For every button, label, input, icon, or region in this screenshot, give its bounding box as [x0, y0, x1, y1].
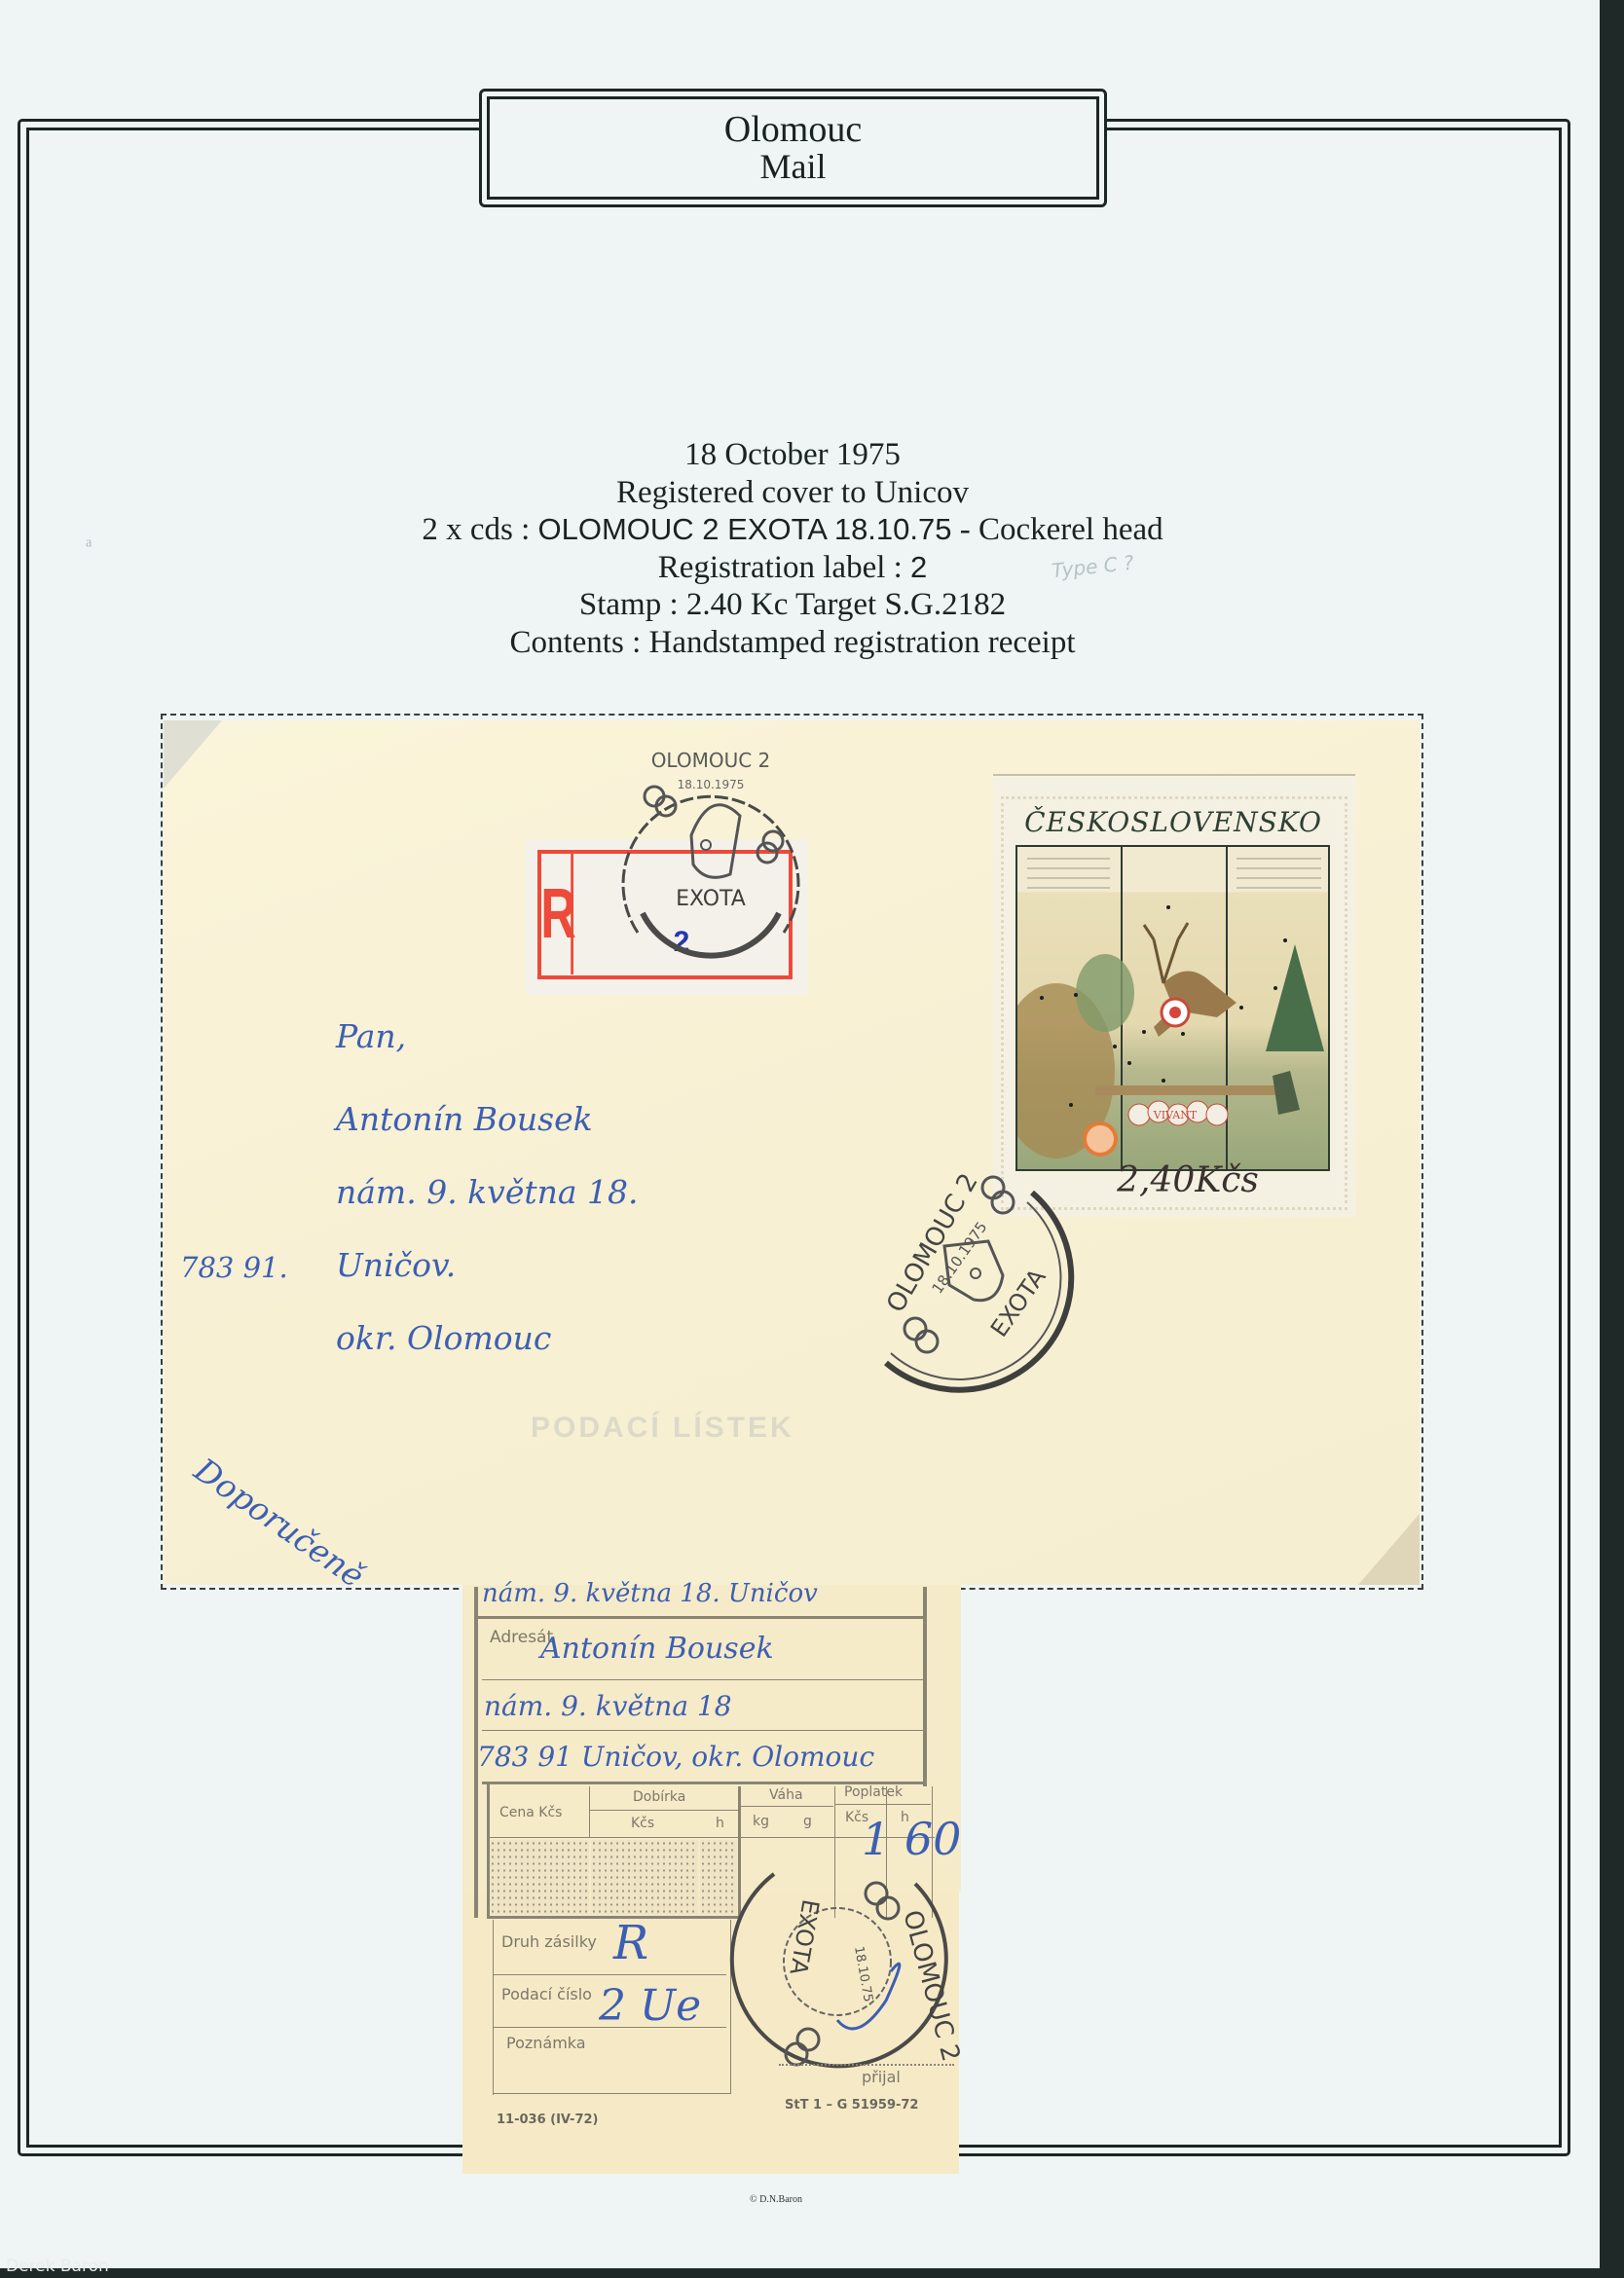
header-cena: Cena Kčs: [499, 1804, 562, 1821]
scan-background-edge: [0, 2268, 1624, 2278]
description-registration: Registration label : 2: [0, 549, 1585, 587]
received-by-label: přijal: [862, 2069, 901, 2086]
header-vaha: Váha: [769, 1786, 803, 1804]
row-label-poznamka: Poznámka: [506, 2035, 586, 2052]
header-vaha-kg: kg: [753, 1813, 769, 1830]
pencil-mark: ᵃ: [86, 533, 92, 560]
header-dobirka-h: h: [716, 1815, 724, 1832]
postmark-cockerel-top: OLOMOUC 2 18.10.1975 EXOTA: [584, 728, 837, 981]
receipt-addressee-name: Antonín Bousek: [540, 1632, 774, 1666]
title-line-2: Mail: [760, 148, 827, 185]
stamp-country: ČESKOSLOVENSKO: [1008, 806, 1339, 838]
description-route: Registered cover to Unicov: [0, 474, 1585, 512]
title-line-1: Olomouc: [724, 111, 862, 148]
receipt-addressee-city: 783 91 Uničov, okr. Olomouc: [477, 1741, 874, 1773]
svg-text:EXOTA: EXOTA: [676, 887, 746, 911]
address-city: Uničov.: [336, 1246, 456, 1284]
row-label-druh: Druh zásilky: [501, 1933, 599, 1951]
stamp-artwork-target-stag: VIVANT: [1015, 845, 1330, 1171]
printer-code: StT 1 – G 51959-72: [785, 2098, 918, 2113]
stamp-denomination: 2,40Kčs: [1071, 1160, 1305, 1200]
row-label-podaci: Podací číslo: [501, 1986, 599, 2003]
photo-corner-top-left: [164, 720, 222, 789]
header-vaha-g: g: [803, 1813, 812, 1830]
address-street: nám. 9. května 18.: [336, 1173, 639, 1211]
svg-text:OLOMOUC 2: OLOMOUC 2: [651, 749, 771, 772]
form-code: 11-036 (IV-72): [497, 2113, 598, 2127]
address-salutation: Pan,: [336, 1017, 406, 1055]
svg-text:18.10.1975: 18.10.1975: [678, 778, 745, 791]
show-through-print: PODACÍ LÍSTEK: [531, 1412, 794, 1445]
address-postcode: 783 91.: [180, 1251, 288, 1284]
description-date: 18 October 1975: [0, 436, 1585, 474]
postmark-cockerel-receipt: EXOTA OLOMOUC 2 18.10.75: [682, 1855, 964, 2078]
image-watermark: Derek Baron: [6, 2257, 109, 2276]
cena-shaded-cell: [490, 1840, 589, 1915]
row-value-druh: R: [613, 1916, 648, 1970]
registration-letter: R: [546, 853, 573, 974]
copyright-notice: © D.N.Baron: [750, 2194, 802, 2205]
postmark-cockerel-right: OLOMOUC 2 18.10.1975 EXOTA: [808, 1149, 1100, 1402]
cds-postmark-text: OLOMOUC 2 EXOTA 18.10.75: [538, 512, 952, 546]
header-dobirka: Dobírka: [633, 1788, 685, 1806]
description-block: 18 October 1975 Registered cover to Unic…: [0, 436, 1585, 661]
description-contents: Contents : Handstamped registration rece…: [0, 624, 1585, 662]
registration-value: 2: [910, 550, 927, 584]
description-cds: 2 x cds : OLOMOUC 2 EXOTA 18.10.75 - Coc…: [0, 511, 1585, 549]
svg-text:VIVANT: VIVANT: [1153, 1109, 1198, 1121]
receipt-top-cut-text: nám. 9. května 18. Uničov: [482, 1579, 818, 1608]
scan-background-edge: [1600, 0, 1624, 2278]
header-dobirka-kcs: Kčs: [631, 1815, 654, 1832]
photo-corner-bottom-right: [1358, 1514, 1420, 1585]
header-poplatek: Poplatek: [844, 1783, 903, 1801]
receipt-addressee-street: nám. 9. května 18: [484, 1690, 732, 1722]
svg-text:18.10.75: 18.10.75: [851, 1945, 875, 2003]
svg-text:EXOTA: EXOTA: [985, 1264, 1052, 1342]
address-name: Antonín Bousek: [336, 1100, 593, 1138]
address-district: okr. Olomouc: [336, 1319, 551, 1357]
received-by-line: [779, 2064, 954, 2066]
page-title: Olomouc Mail: [487, 96, 1099, 200]
description-stamp: Stamp : 2.40 Kc Target S.G.2182: [0, 586, 1585, 624]
